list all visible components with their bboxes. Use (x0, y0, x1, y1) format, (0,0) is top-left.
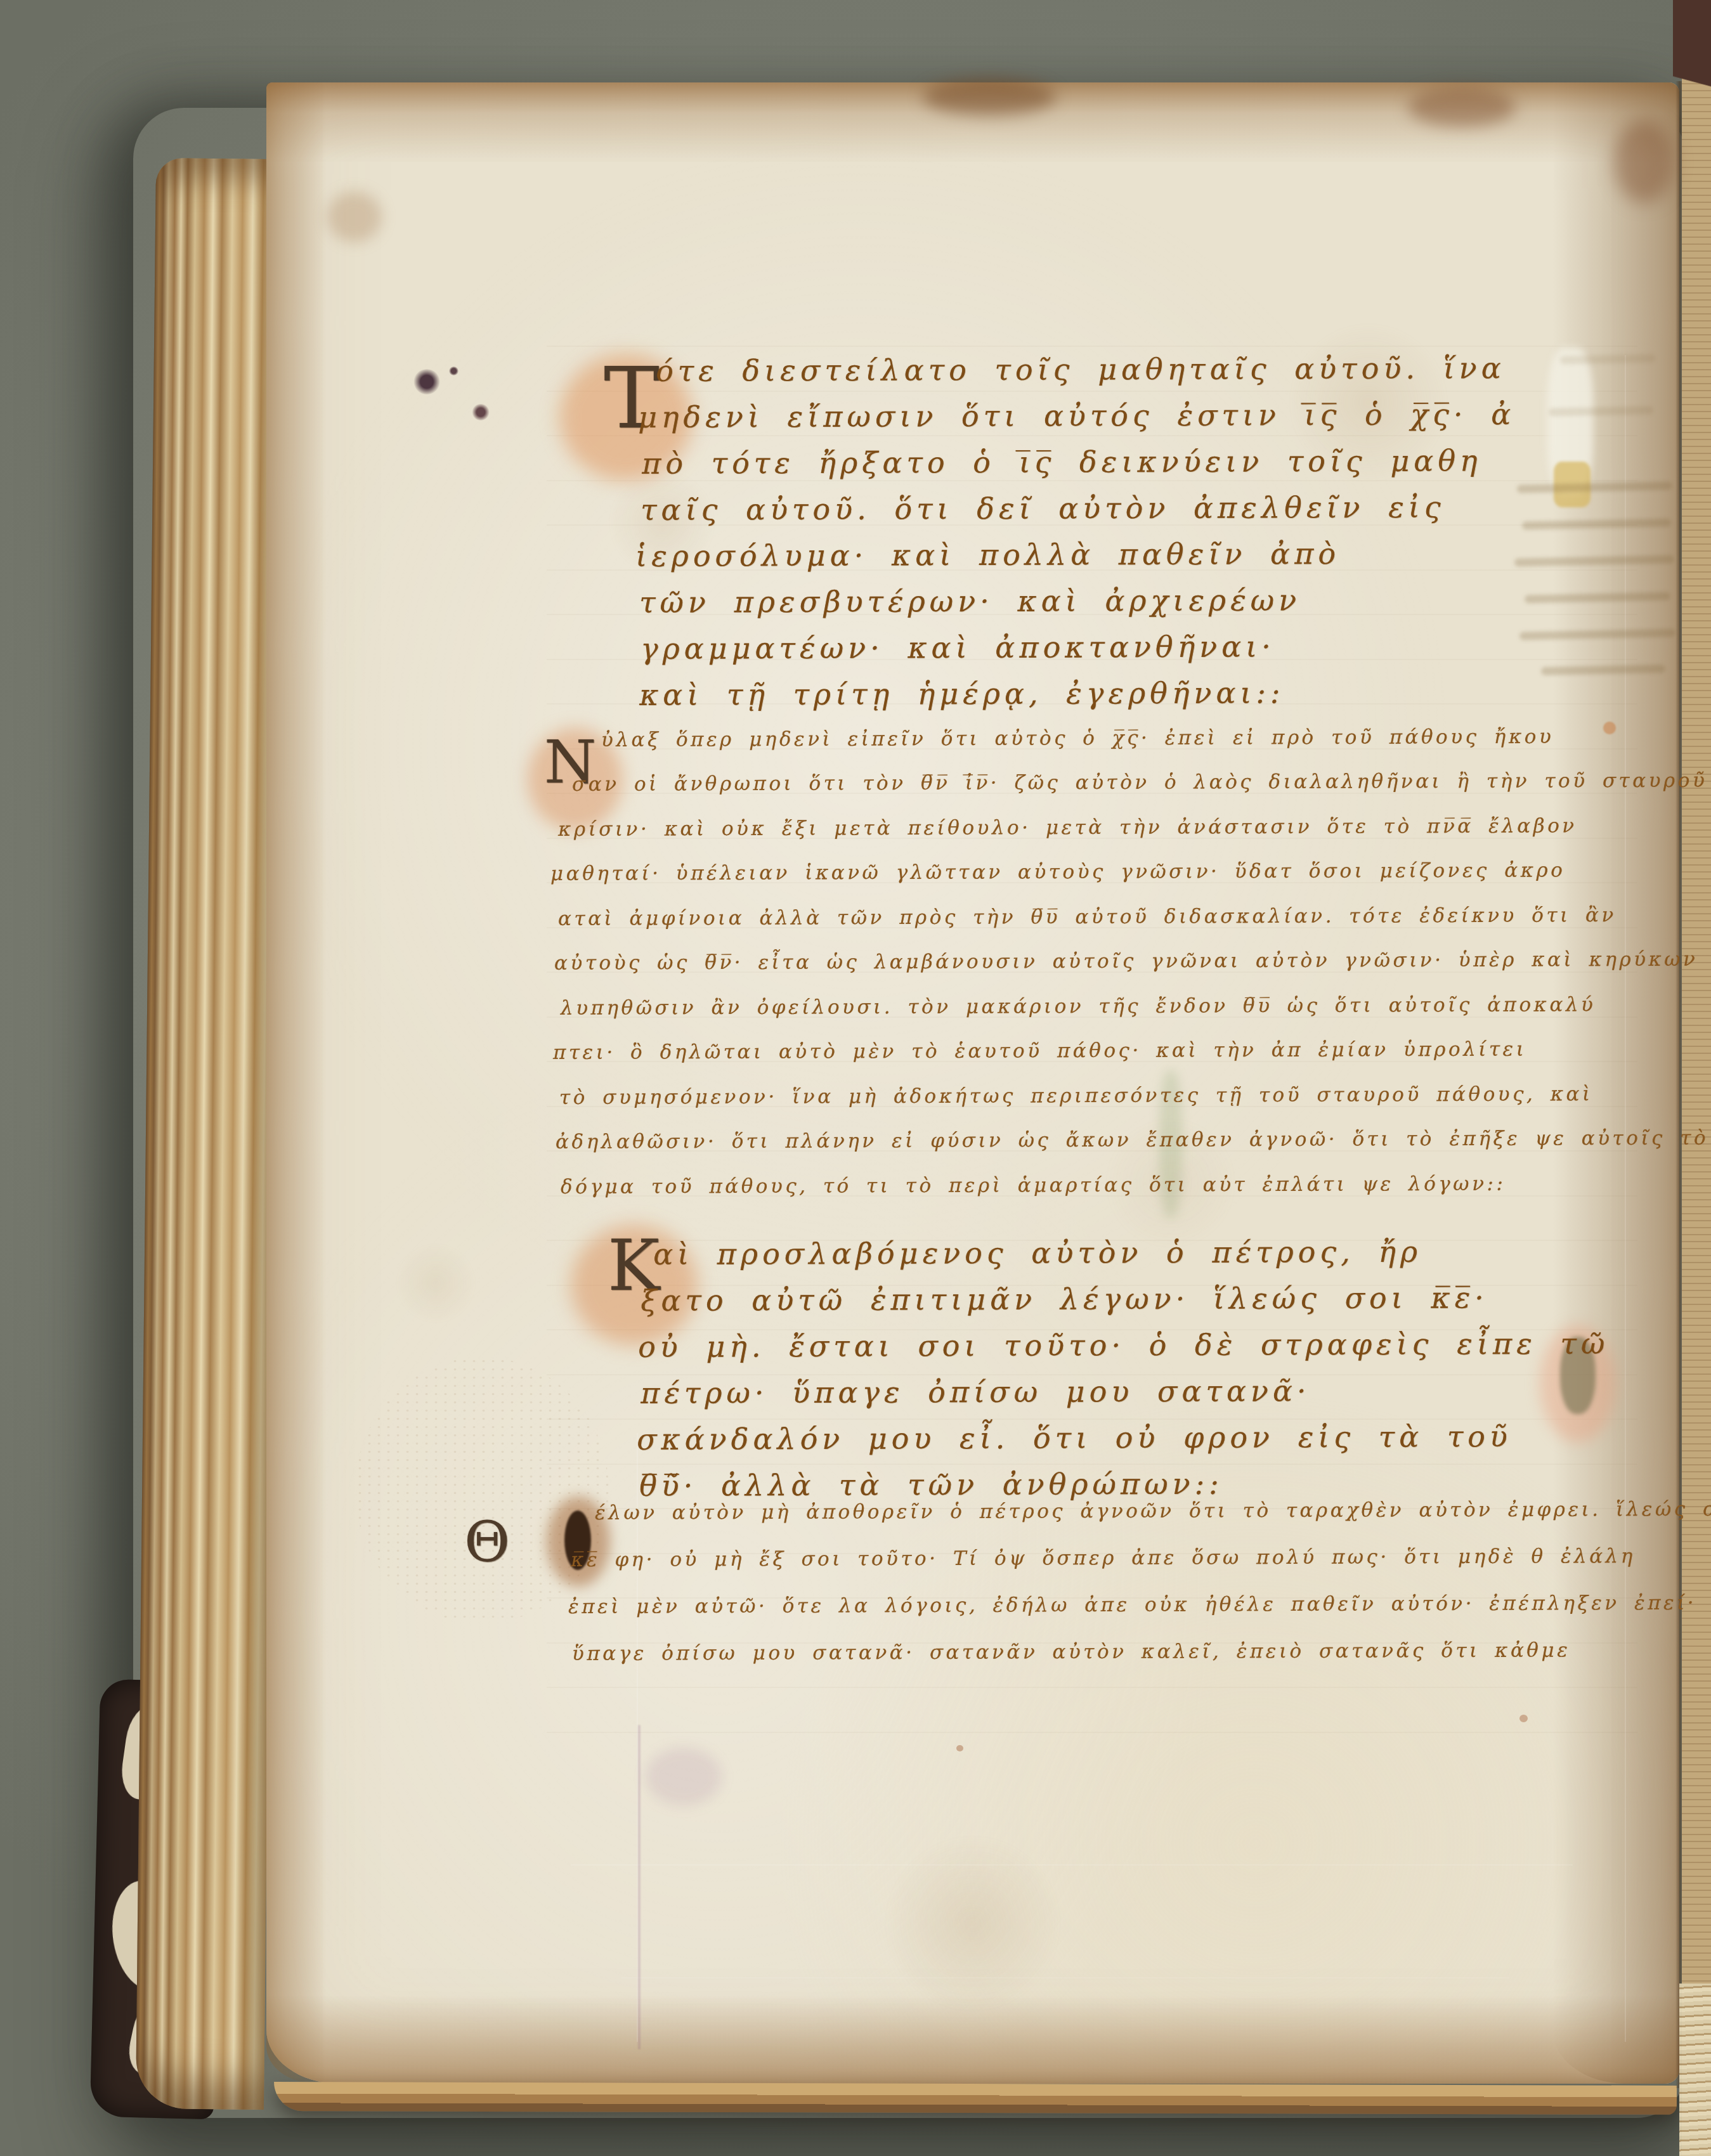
facing-page-edge (1682, 0, 1711, 2156)
book-cover-corner (90, 1679, 224, 2120)
text-line: ἱεροσόλυμα· καὶ πολλὰ παθεῖν ἀπὸ (635, 536, 1340, 573)
text-line: τὸ συμησόμενον· ἵνα μὴ ἀδοκήτως περιπεσό… (559, 1082, 1593, 1109)
text-line: σαν οἱ ἄνθρωποι ὅτι τὸν θ̅ν̅ ἰ̅ν̅· ζῶς α… (572, 769, 1707, 796)
bottom-leaf-edges (274, 2082, 1677, 2115)
text-line: πτει· ὃ δηλῶται αὐτὸ μὲν τὸ ἑαυτοῦ πάθος… (553, 1038, 1526, 1064)
text-line: έλων αὐτὸν μὴ ἀποθορεῖν ὁ πέτρος ἀγνοῶν … (595, 1498, 1711, 1524)
text-line: αὐτοὺς ὡς θ̅ν̅· εἶτα ὡς λαμβάνουσιν αὐτο… (554, 948, 1698, 975)
text-line: αὶ προσλαβόμενος αὐτὸν ὁ πέτρος, ἤρ (653, 1235, 1422, 1271)
initial-theta: Θ (464, 1509, 510, 1575)
frayed-threads (1679, 1984, 1711, 2156)
text-line: μαθηταί· ὑπέλειαν ἱκανῶ γλῶτταν αὐτοὺς γ… (550, 859, 1565, 885)
parchment-scrap (118, 1702, 189, 1804)
page-left-browning (266, 82, 327, 2084)
text-line: ξατο αὐτῶ ἐπιτιμᾶν λέγων· ἵλεώς σοι κ̅ε̅… (641, 1280, 1488, 1318)
page-top-browning (266, 82, 1679, 162)
parchment-scrap (107, 1877, 188, 1995)
text-line: ἐπεὶ μὲν αὐτῶ· ὅτε λα λόγοις, ἐδήλω ἀπε … (568, 1592, 1696, 1618)
text-line: ὕπαγε ὀπίσω μου σατανᾶ· σατανᾶν αὐτὸν κα… (572, 1639, 1570, 1665)
text-line: ἀδηλαθῶσιν· ὅτι πλάνην εἰ φύσιν ὡς ἄκων … (556, 1127, 1708, 1153)
text-line: κ̅ε̅ φη· οὐ μὴ ἔξ σοι τοῦτο· Τί ὀψ ὅσπερ… (571, 1545, 1636, 1571)
manuscript-photo: Τ ότε διεστείλατο τοῖς μαθηταῖς αὐτοῦ. ἵ… (0, 0, 1711, 2156)
text-line: ότε διεστείλατο τοῖς μαθηταῖς αὐτοῦ. ἵνα (656, 351, 1506, 388)
text-line: πέτρω· ὕπαγε ὀπίσω μου σατανᾶ· (641, 1373, 1311, 1410)
text-line: δόγμα τοῦ πάθους, τό τι τὸ περὶ ἁμαρτίας… (561, 1172, 1506, 1198)
text-line: λυπηθῶσιν ἂν ὀφείλουσι. τὸν μακάριον τῆς… (561, 993, 1596, 1020)
parchment-scrap (124, 1993, 192, 2081)
text-line: ταῖς αὐτοῦ. ὅτι δεῖ αὐτὸν ἀπελθεῖν εἰς (641, 490, 1445, 527)
text-line: πὸ τότε ἤρξατο ὁ ι̅ς̅ δεικνύειν τοῖς μαθ… (642, 443, 1482, 481)
text-line: ὐλαξ ὅπερ μηδενὶ εἰπεῖν ὅτι αὐτὸς ὁ χ̅ς̅… (601, 725, 1554, 751)
fore-edge-page-stack (136, 158, 284, 2110)
text-line: γραμματέων· καὶ ἀποκτανθῆναι· (641, 630, 1275, 666)
text-line: τῶν πρεσβυτέρων· καὶ ἀρχιερέων (639, 583, 1301, 620)
text-line: θ̅ῦ̅· ἀλλὰ τὰ τῶν ἀνθρώπων:: (639, 1467, 1223, 1503)
text-line: οὐ μὴ. ἔσται σοι τοῦτο· ὁ δὲ στραφεὶς εἶ… (638, 1327, 1609, 1364)
text-line: μηδενὶ εἴπωσιν ὅτι αὐτός ἐστιν ι̅ς̅ ὁ χ̅… (638, 397, 1515, 434)
text-line: καὶ τῇ τρίτῃ ἡμέρᾳ, ἐγερθῆναι:: (639, 675, 1285, 712)
text-line: σκάνδαλόν μου εἶ. ὅτι οὐ φρον εἰς τὰ τοῦ (637, 1419, 1512, 1457)
text-line: κρίσιν· καὶ οὐκ ἔξι μετὰ πείθουλο· μετὰ … (558, 814, 1577, 841)
page-bottom-browning (266, 1995, 1679, 2084)
text-line: αταὶ ἀμφίνοια ἀλλὰ τῶν πρὸς τὴν θ̅υ̅ αὐτ… (558, 904, 1617, 930)
